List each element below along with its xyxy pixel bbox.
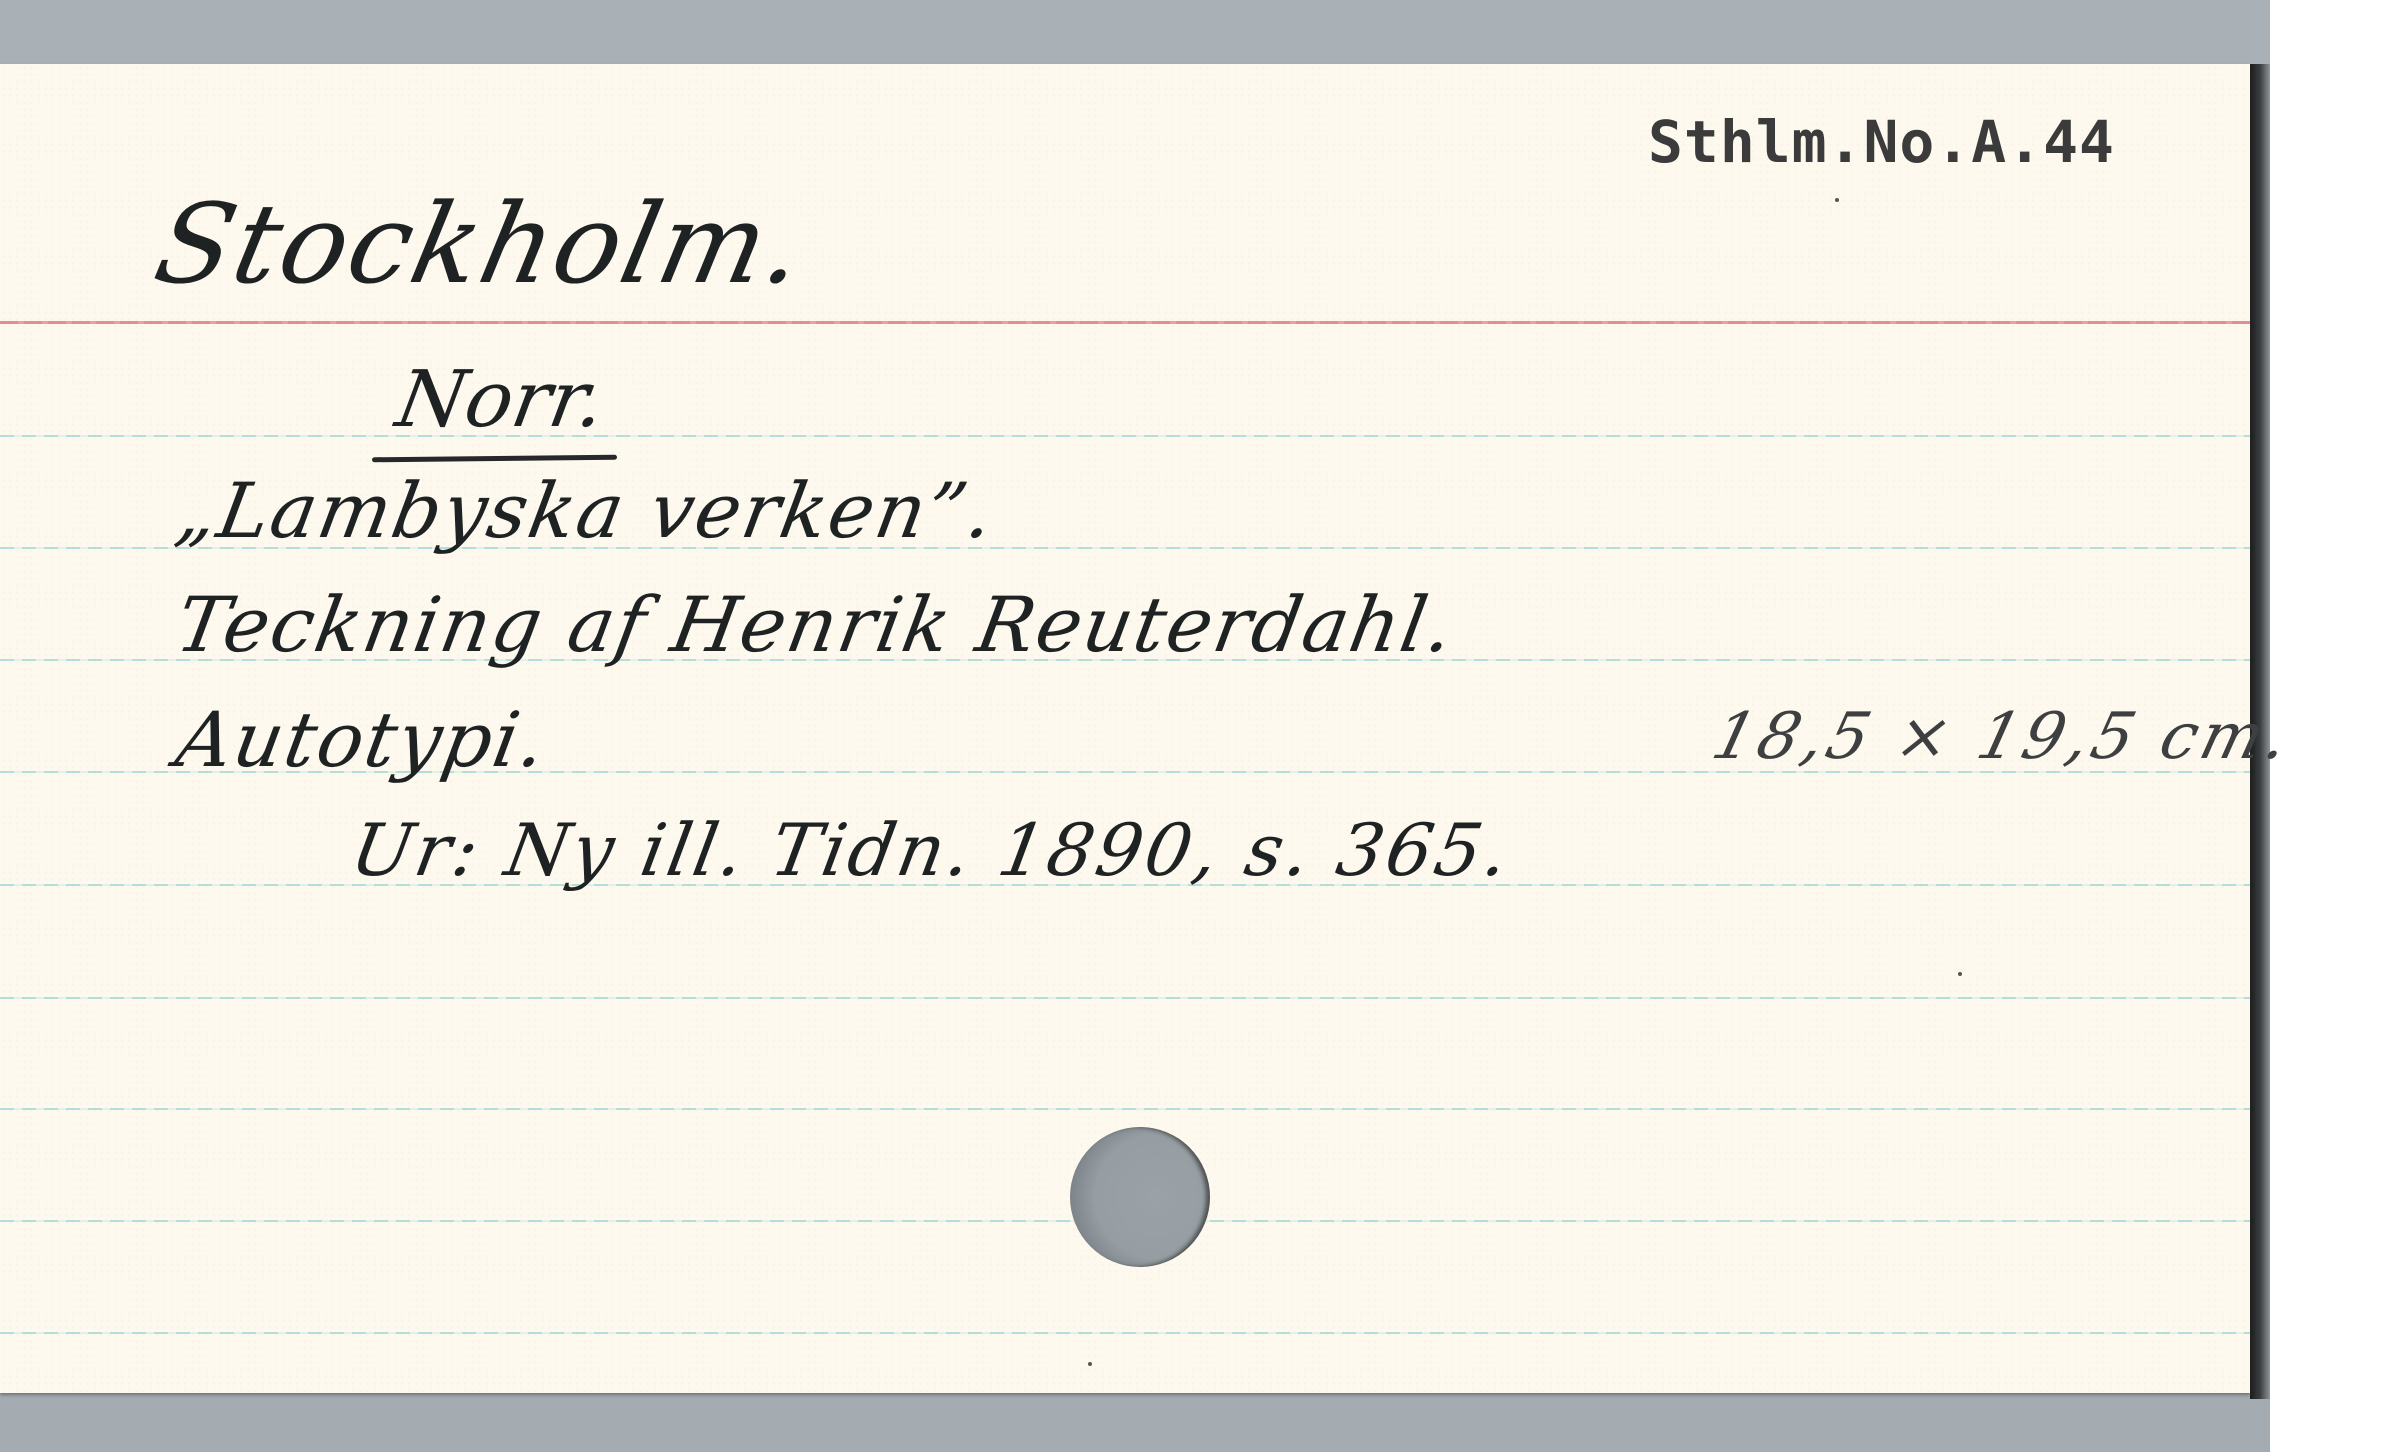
- paper-speck: [1088, 1362, 1092, 1366]
- ruled-line: [0, 1332, 2250, 1334]
- card-heading: Stockholm.: [145, 180, 818, 308]
- paper-speck: [1958, 972, 1962, 976]
- header-rule-red: [0, 321, 2250, 324]
- punch-hole: [1070, 1127, 1210, 1267]
- ruled-line: [0, 1108, 2250, 1110]
- district-label: Norr.: [390, 355, 612, 445]
- artwork-source: Ur: Ny ill. Tidn. 1890, s. 365.: [345, 808, 1518, 892]
- ruled-line: [0, 997, 2250, 999]
- artwork-title: „Lambyska verken”.: [170, 466, 1002, 555]
- call-number: Sthlm.No.A.44: [1648, 108, 2115, 176]
- artwork-description: Teckning af Henrik Reuterdahl.: [170, 580, 1462, 669]
- paper-speck: [1835, 198, 1839, 202]
- artwork-dimensions: 18,5 × 19,5 cm.: [1705, 700, 2300, 774]
- artwork-technique: Autotypi.: [170, 695, 554, 784]
- ruled-line: [0, 435, 2250, 437]
